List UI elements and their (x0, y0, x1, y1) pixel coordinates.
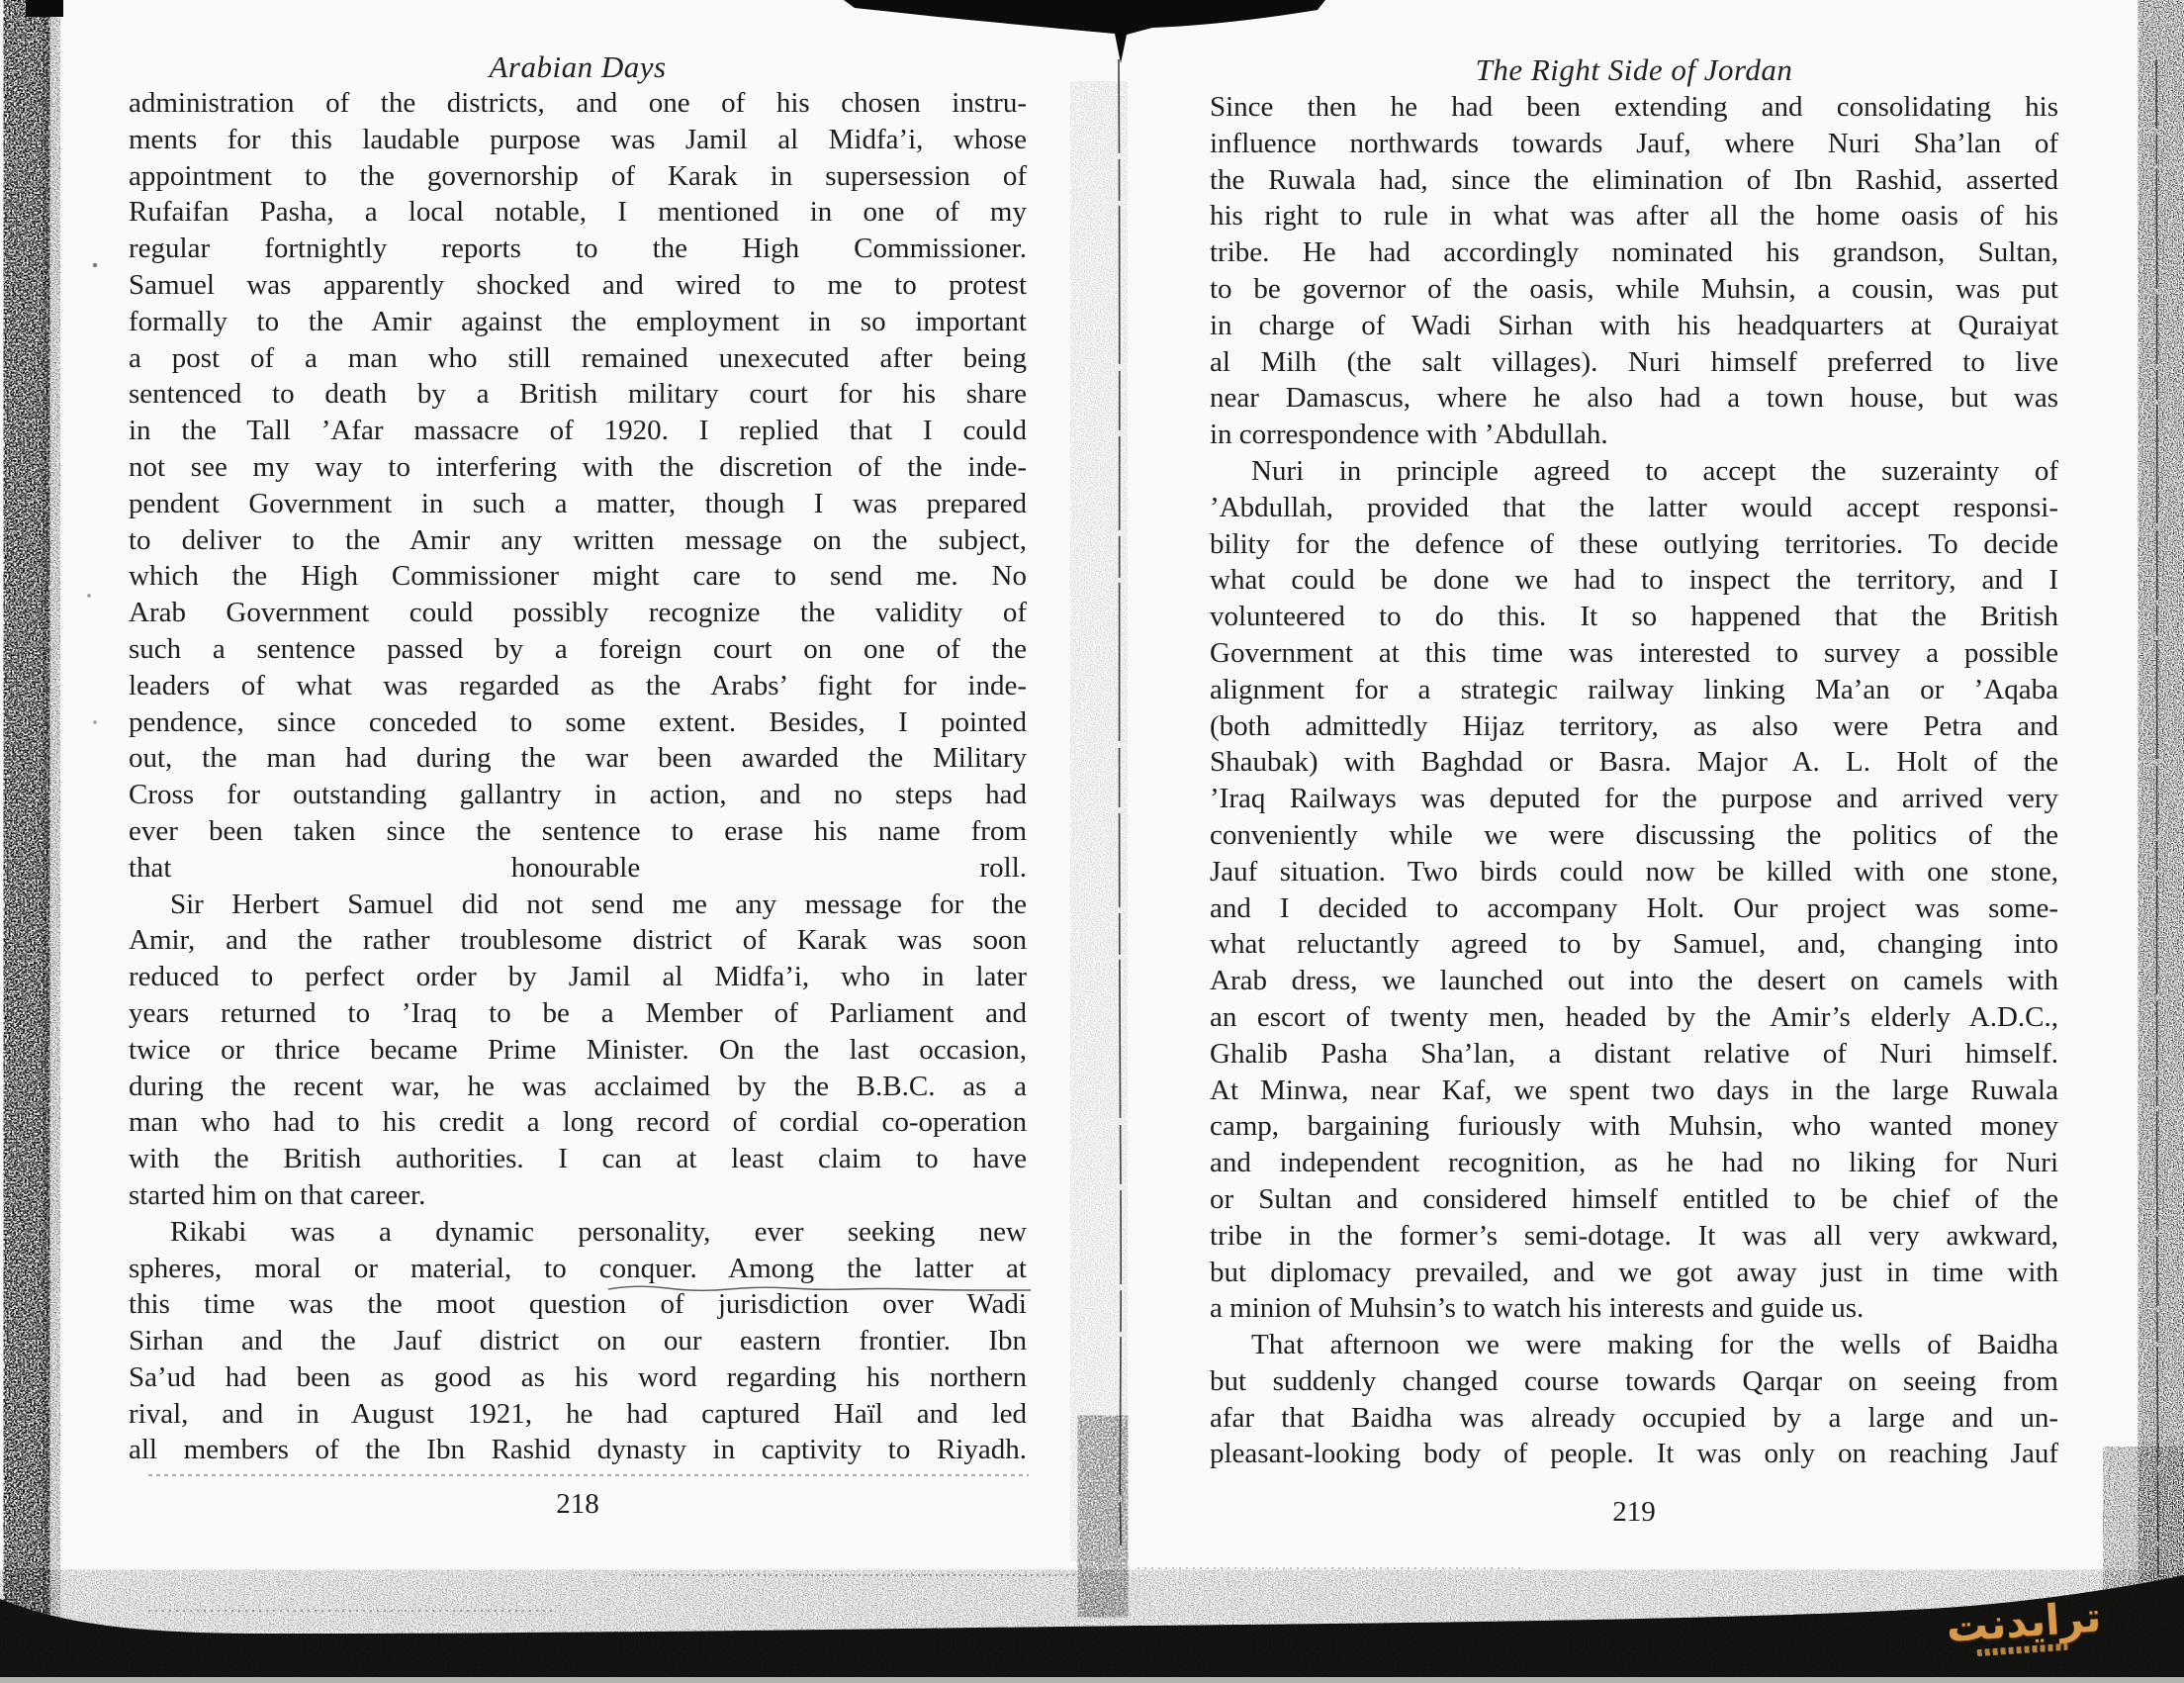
text-line: Ghalib Pasha Sha’lan, a distant relative… (1210, 1036, 2058, 1073)
left-edge-noise (6, 0, 47, 1683)
text-line: and independent recognition, as he had n… (1210, 1145, 2058, 1181)
text-line: afar that Baidha was already occupied by… (1210, 1400, 2058, 1437)
text-line: tribe in the former’s semi-dotage. It wa… (1210, 1218, 2058, 1255)
text-line: in charge of Wadi Sirhan with his headqu… (1210, 308, 2058, 344)
text-line: Arab dress, we launched out into the des… (1210, 963, 2058, 999)
text-line: Sirhan and the Jauf district on our east… (129, 1323, 1027, 1359)
text-line: Rufaifan Pasha, a local notable, I menti… (129, 194, 1027, 231)
text-line: in correspondence with ’Abdullah. (1210, 417, 2058, 453)
text-line: al Milh (the salt villages). Nuri himsel… (1210, 344, 2058, 381)
text-line: At Minwa, near Kaf, we spent two days in… (1210, 1073, 2058, 1109)
running-header-right: The Right Side of Jordan (1210, 52, 2058, 88)
text-line: Rikabi was a dynamic personality, ever s… (129, 1214, 1027, 1251)
bottom-edge-texture (0, 1575, 2184, 1683)
text-line: such a sentence passed by a foreign cour… (129, 631, 1027, 668)
text-line: near Damascus, where he also had a town … (1210, 380, 2058, 417)
text-line: (both admittedly Hijaz territory, as als… (1210, 708, 2058, 745)
text-line: ever been taken since the sentence to er… (129, 813, 1027, 850)
text-line: and I decided to accompany Holt. Our pro… (1210, 890, 2058, 927)
text-line: in the Tall ’Afar massacre of 1920. I re… (129, 413, 1027, 449)
text-line: his right to rule in what was after all … (1210, 198, 2058, 234)
text-line: with the British authorities. I can at l… (129, 1141, 1027, 1177)
page-number-right: 219 (1210, 1496, 2058, 1529)
text-line: ’Abdullah, provided that the latter woul… (1210, 490, 2058, 526)
stray-dot-1 (93, 263, 97, 267)
text-line: pleasant-looking body of people. It was … (1210, 1436, 2058, 1472)
text-line: formally to the Amir against the employm… (129, 304, 1027, 340)
watermark-logo: ترايدنت (1945, 1596, 2096, 1658)
book-spread: Arabian Days administration of the distr… (0, 0, 2184, 1683)
text-line: camp, bargaining furiously with Muhsin, … (1210, 1108, 2058, 1145)
right-edge-line (2156, 59, 2158, 1591)
left-edge-noise-inner (44, 0, 59, 1683)
text-line: bility for the defence of these outlying… (1210, 526, 2058, 563)
text-line: during the recent war, he was acclaimed … (129, 1069, 1027, 1105)
text-line: Shaubak) with Baghdad or Basra. Major A.… (1210, 744, 2058, 781)
page-right-text: Since then he had been extending and con… (1210, 89, 2058, 1472)
text-line: ’Iraq Railways was deputed for the purpo… (1210, 781, 2058, 817)
text-line: volunteered to do this. It so happened t… (1210, 599, 2058, 635)
text-line: conveniently while we were discussing th… (1210, 817, 2058, 854)
right-bottom-dither (2107, 1454, 2184, 1613)
page-number-left: 218 (129, 1488, 1027, 1521)
text-line: Sir Herbert Samuel did not send me any m… (129, 887, 1027, 923)
page-left-text: administration of the districts, and one… (129, 85, 1027, 1468)
text-line: twice or thrice became Prime Minister. O… (129, 1032, 1027, 1069)
gutter-line (1119, 59, 1121, 1545)
text-line: what reluctantly agreed to by Samuel, an… (1210, 926, 2058, 963)
text-line: appointment to the governorship of Karak… (129, 158, 1027, 195)
stray-dot-2 (87, 594, 91, 598)
left-top-corner-blot (26, 0, 63, 17)
text-line: out, the man had during the war been awa… (129, 740, 1027, 777)
text-line: but suddenly changed course towards Qarq… (1210, 1363, 2058, 1400)
text-line: Jauf situation. Two birds could now be k… (1210, 854, 2058, 890)
text-line: Nuri in principle agreed to accept the s… (1210, 453, 2058, 490)
gutter-dither (1073, 148, 1125, 1494)
text-line: to deliver to the Amir any written messa… (129, 522, 1027, 559)
text-line: Government at this time was interested t… (1210, 635, 2058, 672)
text-line: leaders of what was regarded as the Arab… (129, 668, 1027, 704)
text-line: spheres, moral or material, to conquer. … (129, 1251, 1027, 1287)
text-line: That afternoon we were making for the we… (1210, 1327, 2058, 1363)
text-line: or Sultan and considered himself entitle… (1210, 1181, 2058, 1218)
watermark-arabic-text: ترايدنت (1945, 1596, 2096, 1649)
text-line: ments for this laudable purpose was Jami… (129, 122, 1027, 158)
text-line: Cross for outstanding gallantry in actio… (129, 777, 1027, 813)
text-line: not see my way to interfering with the d… (129, 449, 1027, 486)
text-line: Samuel was apparently shocked and wired … (129, 267, 1027, 304)
running-header-left: Arabian Days (129, 49, 1027, 85)
text-line: regular fortnightly reports to the High … (129, 231, 1027, 267)
text-line: but diplomacy prevailed, and we got away… (1210, 1255, 2058, 1291)
right-edge-noise (2140, 0, 2184, 1683)
text-line: influence northwards towards Jauf, where… (1210, 126, 2058, 162)
text-line: Since then he had been extending and con… (1210, 89, 2058, 126)
text-line: years returned to ’Iraq to be a Member o… (129, 995, 1027, 1032)
text-line: pendent Government in such a matter, tho… (129, 486, 1027, 522)
text-line: tribe. He had accordingly nominated his … (1210, 234, 2058, 271)
text-line: started him on that career. (129, 1177, 1027, 1214)
gutter-bottom-dither (1080, 1425, 1126, 1608)
text-line: a post of a man who still remained unexe… (129, 340, 1027, 377)
text-line: an escort of twenty men, headed by the A… (1210, 999, 2058, 1036)
text-line: that honourable roll. (129, 850, 1027, 887)
text-line: to be governor of the oasis, while Muhsi… (1210, 271, 2058, 308)
stray-dot-3 (93, 720, 97, 724)
text-line: Arab Government could possibly recognize… (129, 595, 1027, 631)
text-line: alignment for a strategic railway linkin… (1210, 672, 2058, 708)
text-line: a minion of Muhsin’s to watch his intere… (1210, 1290, 2058, 1327)
bottom-edge-shadow (0, 1575, 2184, 1683)
text-line: Sa’ud had been as good as his word regar… (129, 1359, 1027, 1396)
text-line: the Ruwala had, since the elimination of… (1210, 162, 2058, 199)
text-line: administration of the districts, and one… (129, 85, 1027, 122)
text-line: Amir, and the rather troublesome distric… (129, 922, 1027, 959)
text-line: sentenced to death by a British military… (129, 376, 1027, 413)
text-line: which the High Commissioner might care t… (129, 558, 1027, 595)
text-line: all members of the Ibn Rashid dynasty in… (129, 1432, 1027, 1468)
text-line: what could be done we had to inspect the… (1210, 562, 2058, 599)
text-line: man who had to his credit a long record … (129, 1104, 1027, 1141)
bottom-scanner-strip (0, 1677, 2184, 1683)
text-line: reduced to perfect order by Jamil al Mid… (129, 959, 1027, 995)
text-line: rival, and in August 1921, he had captur… (129, 1396, 1027, 1433)
text-line: pendence, since conceded to some extent.… (129, 704, 1027, 741)
text-line: this time was the moot question of juris… (129, 1286, 1027, 1323)
